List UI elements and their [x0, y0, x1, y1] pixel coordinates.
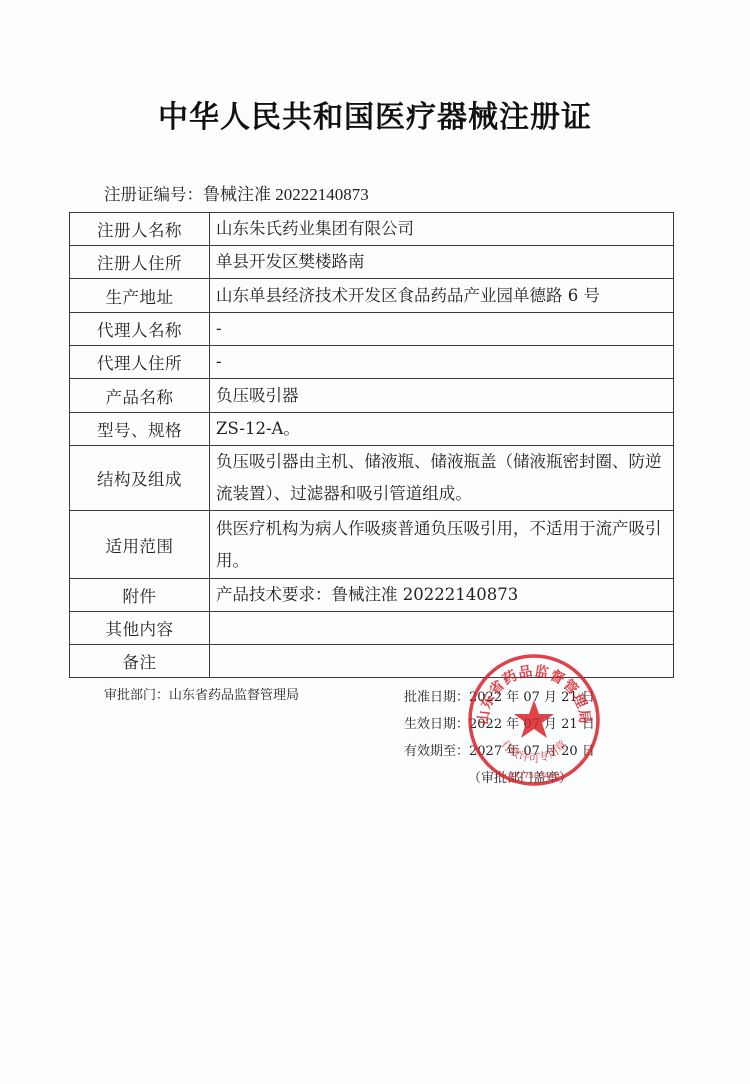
row-value: ZS-12-A。	[210, 413, 674, 446]
row-value: 产品技术要求：鲁械注准 20222140873	[210, 579, 674, 612]
row-label: 型号、规格	[70, 413, 210, 446]
row-value: -	[210, 313, 674, 346]
table-row: 注册人住所 单县开发区樊楼路南	[70, 246, 674, 279]
row-value: 负压吸引器由主机、储液瓶、储液瓶盖（储液瓶密封圈、防逆流装置）、过滤器和吸引管道…	[210, 446, 674, 511]
row-value	[210, 645, 674, 678]
row-label: 注册人名称	[70, 213, 210, 246]
table-row: 产品名称 负压吸引器	[70, 379, 674, 413]
row-label: 生产地址	[70, 279, 210, 313]
row-label: 结构及组成	[70, 446, 210, 511]
row-value: 山东朱氏药业集团有限公司	[210, 213, 674, 246]
row-label: 其他内容	[70, 612, 210, 645]
row-label: 适用范围	[70, 511, 210, 579]
date-block: 批准日期：2022 年 07 月 21 日 生效日期：2022 年 07 月 2…	[404, 684, 595, 792]
registration-number-value: 鲁械注准 20222140873	[203, 185, 369, 204]
row-label: 代理人名称	[70, 313, 210, 346]
row-value: -	[210, 346, 674, 379]
row-label: 代理人住所	[70, 346, 210, 379]
document-title: 中华人民共和国医疗器械注册证	[0, 92, 750, 136]
row-value: 山东单县经济技术开发区食品药品产业园单德路 6 号	[210, 279, 674, 313]
row-label: 备注	[70, 645, 210, 678]
table-row: 结构及组成 负压吸引器由主机、储液瓶、储液瓶盖（储液瓶密封圈、防逆流装置）、过滤…	[70, 446, 674, 511]
registration-number: 注册证编号：鲁械注准 20222140873	[104, 180, 369, 205]
table-row: 附件 产品技术要求：鲁械注准 20222140873	[70, 579, 674, 612]
row-label: 注册人住所	[70, 246, 210, 279]
certificate-table: 注册人名称 山东朱氏药业集团有限公司 注册人住所 单县开发区樊楼路南 生产地址 …	[69, 212, 674, 678]
expiry-date: 有效期至：2027 年 07 月 20 日	[404, 738, 595, 765]
row-label: 产品名称	[70, 379, 210, 413]
table-row: 其他内容	[70, 612, 674, 645]
row-value	[210, 612, 674, 645]
effective-date: 生效日期：2022 年 07 月 21 日	[404, 711, 595, 738]
table-row: 注册人名称 山东朱氏药业集团有限公司	[70, 213, 674, 246]
row-value: 负压吸引器	[210, 379, 674, 413]
table-row: 适用范围 供医疗机构为病人作吸痰普通负压吸引用，不适用于流产吸引用。	[70, 511, 674, 579]
table-row: 代理人名称 -	[70, 313, 674, 346]
seal-note: （审批部门盖章）	[404, 765, 595, 792]
table-row: 型号、规格 ZS-12-A。	[70, 413, 674, 446]
row-value: 单县开发区樊楼路南	[210, 246, 674, 279]
table-row: 生产地址 山东单县经济技术开发区食品药品产业园单德路 6 号	[70, 279, 674, 313]
table-row: 备注	[70, 645, 674, 678]
row-label: 附件	[70, 579, 210, 612]
approval-department: 审批部门：山东省药品监督管理局	[104, 684, 299, 703]
row-value: 供医疗机构为病人作吸痰普通负压吸引用，不适用于流产吸引用。	[210, 511, 674, 579]
table-row: 代理人住所 -	[70, 346, 674, 379]
approval-date: 批准日期：2022 年 07 月 21 日	[404, 684, 595, 711]
registration-number-label: 注册证编号：	[104, 185, 203, 204]
